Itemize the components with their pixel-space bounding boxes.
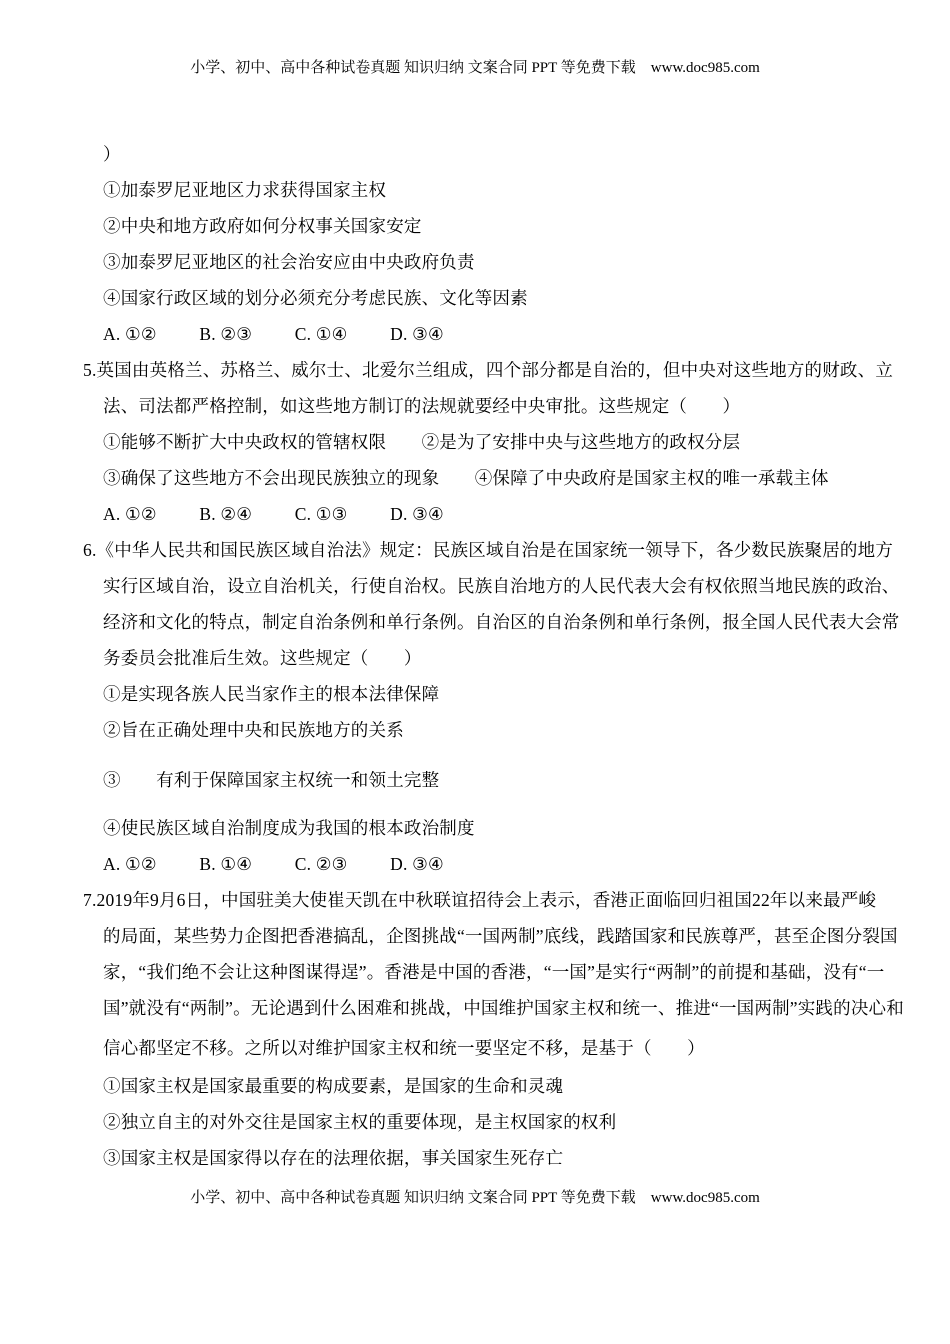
q6-option-4: ④使民族区域自治制度成为我国的根本政治制度 [103, 810, 903, 846]
q4-choice-d: D. ③④ [390, 324, 444, 344]
q4-option-2: ②中央和地方政府如何分权事关国家安定 [103, 208, 903, 244]
q5-choice-d: D. ③④ [390, 504, 444, 524]
q6-stem-line-1: 6.《中华人民共和国民族区域自治法》规定：民族区域自治是在国家统一领导下，各少数… [103, 532, 903, 568]
q6-choice-b: B. ①④ [199, 854, 252, 874]
q4-choice-a: A. ①② [103, 324, 157, 344]
q6-stem-text-1: 《中华人民共和国民族区域自治法》规定：民族区域自治是在国家统一领导下，各少数民族… [97, 540, 894, 560]
q6-choice-d: D. ③④ [390, 854, 444, 874]
q5-option-row-1: ①能够不断扩大中央政权的管辖权限 ②是为了安排中央与这些地方的政权分层 [103, 424, 903, 460]
q4-choice-b: B. ②③ [199, 324, 252, 344]
q4-option-1: ①加泰罗尼亚地区力求获得国家主权 [103, 172, 903, 208]
q4-option-4: ④国家行政区域的划分必须充分考虑民族、文化等因素 [103, 280, 903, 316]
q6-option-1: ①是实现各族人民当家作主的根本法律保障 [103, 676, 903, 712]
q6-stem-line-2: 实行区域自治，设立自治机关，行使自治权。民族自治地方的人民代表大会有权依照当地民… [103, 568, 903, 604]
q5-stem-line-2: 法、司法都严格控制，如这些地方制订的法规就要经中央审批。这些规定（ ） [103, 388, 903, 424]
q7-stem-line-2: 的局面，某些势力企图把香港搞乱，企图挑战“一国两制”底线，践踏国家和民族尊严，甚… [103, 918, 903, 954]
exam-content: ） ①加泰罗尼亚地区力求获得国家主权 ②中央和地方政府如何分权事关国家安定 ③加… [103, 136, 903, 1176]
q5-number: 5. [83, 360, 97, 380]
q6-stem-line-3: 经济和文化的特点，制定自治条例和单行条例。自治区的自治条例和单行条例，报全国人民… [103, 604, 903, 640]
q4-stem-close-paren: ） [103, 136, 903, 172]
q5-choice-a: A. ①② [103, 504, 157, 524]
footer-watermark-text: 小学、初中、高中各种试卷真题 知识归纳 文案合同 PPT 等免费下载 www.d… [190, 1190, 760, 1206]
q5-stem-line-1: 5.英国由英格兰、苏格兰、威尔士、北爱尔兰组成，四个部分都是自治的，但中央对这些… [103, 352, 903, 388]
q7-stem-text-1: 2019年9月6日，中国驻美大使崔天凯在中秋联谊招待会上表示，香港正面临回归祖国… [97, 890, 877, 910]
page-footer: 小学、初中、高中各种试卷真题 知识归纳 文案合同 PPT 等免费下载 www.d… [0, 1186, 950, 1210]
q5-choice-b: B. ②④ [199, 504, 252, 524]
page-header: 小学、初中、高中各种试卷真题 知识归纳 文案合同 PPT 等免费下载 www.d… [0, 56, 950, 80]
q6-choice-a: A. ①② [103, 854, 157, 874]
header-watermark-text: 小学、初中、高中各种试卷真题 知识归纳 文案合同 PPT 等免费下载 www.d… [190, 60, 760, 76]
q7-stem-line-1: 7.2019年9月6日，中国驻美大使崔天凯在中秋联谊招待会上表示，香港正面临回归… [103, 882, 903, 918]
q7-stem-line-3: 家，“我们绝不会让这种图谋得逞”。香港是中国的香港，“一国”是实行“两制”的前提… [103, 954, 903, 990]
q6-choice-c: C. ②③ [295, 854, 348, 874]
q6-number: 6. [83, 540, 97, 560]
q7-option-2: ②独立自主的对外交往是国家主权的重要体现，是主权国家的权利 [103, 1104, 903, 1140]
q5-stem-text-1: 英国由英格兰、苏格兰、威尔士、北爱尔兰组成，四个部分都是自治的，但中央对这些地方… [97, 360, 894, 380]
q6-stem-line-4: 务委员会批准后生效。这些规定（ ） [103, 640, 903, 676]
q6-option-2: ②旨在正确处理中央和民族地方的关系 [103, 712, 903, 748]
q4-option-3: ③加泰罗尼亚地区的社会治安应由中央政府负责 [103, 244, 903, 280]
q4-choice-c: C. ①④ [295, 324, 348, 344]
q7-stem-line-5: 信心都坚定不移。之所以对维护国家主权和统一要坚定不移，是基于（ ） [103, 1030, 903, 1066]
q5-choices-row: A. ①② B. ②④ C. ①③ D. ③④ [103, 496, 903, 532]
q5-choice-c: C. ①③ [295, 504, 348, 524]
q7-option-1: ①国家主权是国家最重要的构成要素，是国家的生命和灵魂 [103, 1068, 903, 1104]
q7-option-3: ③国家主权是国家得以存在的法理依据，事关国家生死存亡 [103, 1140, 903, 1176]
q6-option-3: ③ 有利于保障国家主权统一和领土完整 [103, 762, 903, 798]
q4-choices-row: A. ①② B. ②③ C. ①④ D. ③④ [103, 316, 903, 352]
q5-option-row-2: ③确保了这些地方不会出现民族独立的现象 ④保障了中央政府是国家主权的唯一承载主体 [103, 460, 903, 496]
q6-choices-row: A. ①② B. ①④ C. ②③ D. ③④ [103, 846, 903, 882]
q7-stem-line-4: 国”就没有“两制”。无论遇到什么困难和挑战，中国维护国家主权和统一、推进“一国两… [103, 990, 903, 1026]
q7-number: 7. [83, 890, 97, 910]
